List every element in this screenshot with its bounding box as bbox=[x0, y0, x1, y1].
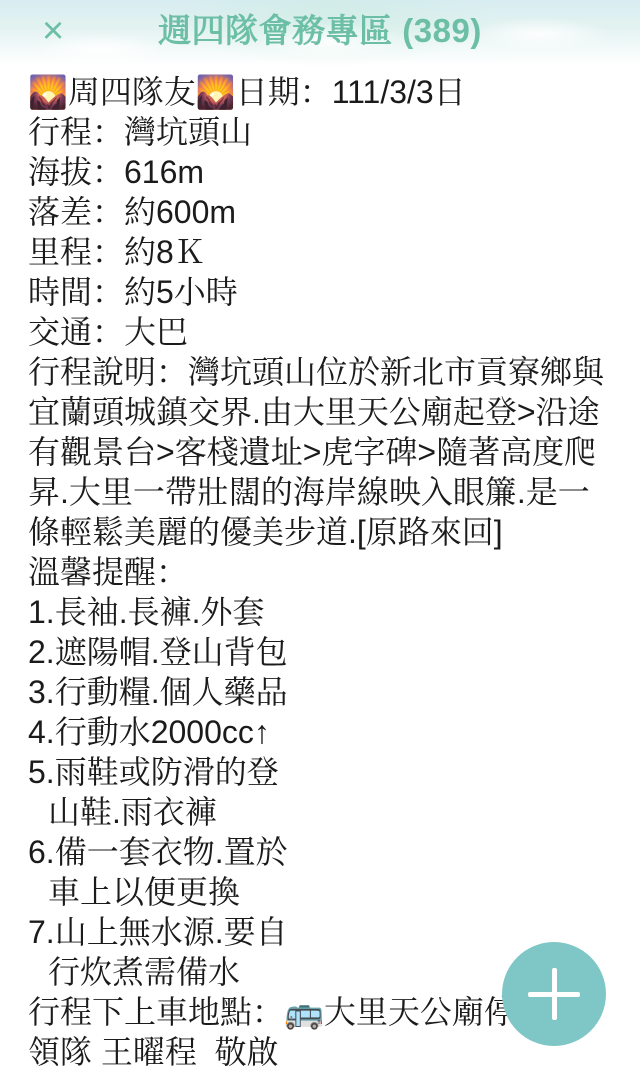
note-line: 溫馨提醒： bbox=[28, 552, 620, 592]
header: × 週四隊會務專區 (389) bbox=[0, 0, 640, 66]
note-line: 里程：約8Ｋ bbox=[28, 232, 620, 272]
note-line: 行程：灣坑頭山 bbox=[28, 112, 620, 152]
note-line: 海拔：616m bbox=[28, 152, 620, 192]
note-lines: 🌄周四隊友🌄日期：111/3/3日行程：灣坑頭山海拔：616m落差：約600m里… bbox=[0, 66, 640, 1072]
note-line: 山鞋.雨衣褲 bbox=[28, 792, 620, 832]
note-line: 落差：約600m bbox=[28, 192, 620, 232]
note-line: 車上以便更換 bbox=[28, 872, 620, 912]
note-line: 4.行動水2000cc↑ bbox=[28, 712, 620, 752]
note-line: 3.行動糧.個人藥品 bbox=[28, 672, 620, 712]
note-line: 6.備一套衣物.置於 bbox=[28, 832, 620, 872]
note-line: 時間：約5小時 bbox=[28, 272, 620, 312]
note-line: 交通：大巴 bbox=[28, 312, 620, 352]
note-line: 5.雨鞋或防滑的登 bbox=[28, 752, 620, 792]
page-title: 週四隊會務專區 (389) bbox=[0, 13, 640, 49]
add-button[interactable] bbox=[502, 942, 606, 1046]
note-viewer-screen: × 週四隊會務專區 (389) 🌄周四隊友🌄日期：111/3/3日行程：灣坑頭山… bbox=[0, 0, 640, 1082]
note-line: 行程說明：灣坑頭山位於新北市貢寮鄉與 bbox=[28, 352, 620, 392]
note-line: 2.遮陽帽.登山背包 bbox=[28, 632, 620, 672]
note-line: 1.長袖.長褲.外套 bbox=[28, 592, 620, 632]
plus-icon bbox=[552, 968, 557, 1020]
note-line: 有觀景台>客棧遺址>虎字碑>隨著高度爬 bbox=[28, 432, 620, 472]
note-line: 條輕鬆美麗的優美步道.[原路來回] bbox=[28, 512, 620, 552]
note-line: 昇.大里一帶壯闊的海岸線映入眼簾.是一 bbox=[28, 472, 620, 512]
note-line: 宜蘭頭城鎮交界.由大里天公廟起登>沿途 bbox=[28, 392, 620, 432]
note-line: 🌄周四隊友🌄日期：111/3/3日 bbox=[28, 72, 620, 112]
